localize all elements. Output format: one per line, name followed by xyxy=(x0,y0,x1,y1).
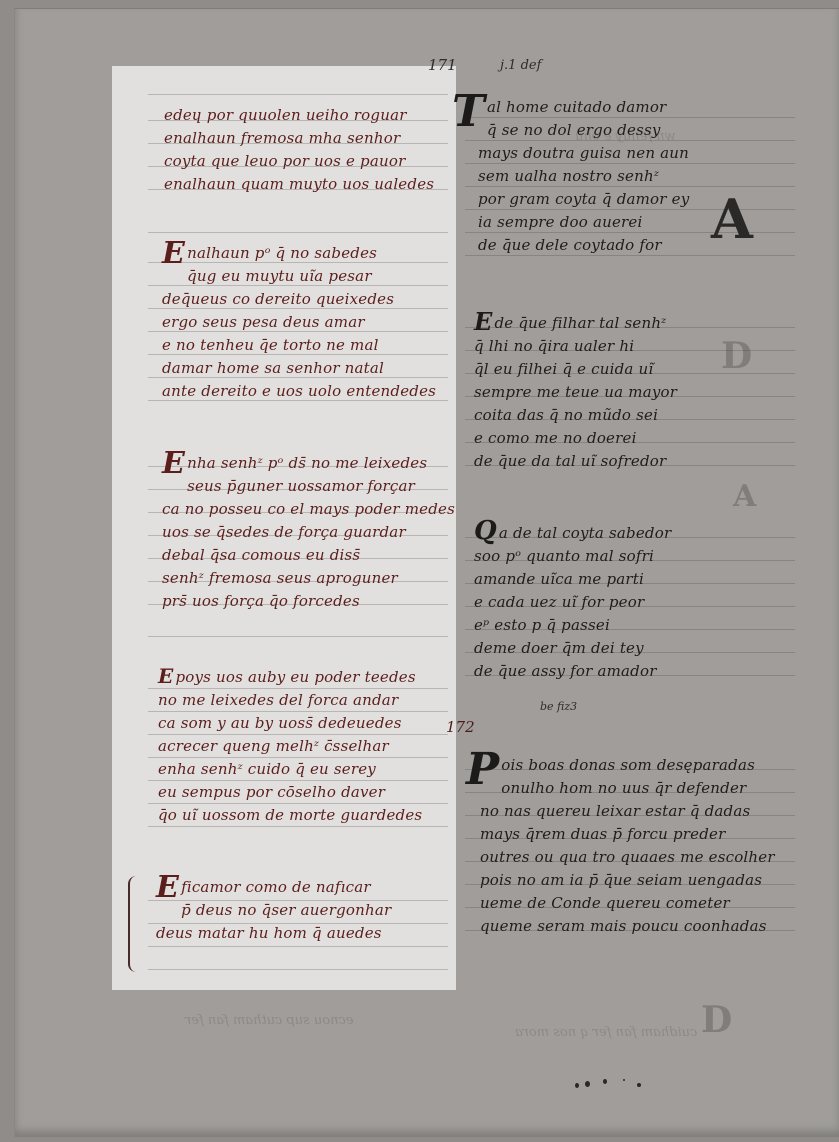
decorated-initial: E xyxy=(162,449,185,479)
left-stanza-3: Enha senhᶻ pᵒ ds̄ no me leixedes seus p̄… xyxy=(162,452,455,613)
verse-line: ficamor como de nafıcar xyxy=(181,878,371,896)
verse-line: eu sempus por cōselho daver xyxy=(158,781,422,804)
decorated-initial: E xyxy=(474,310,493,334)
right-stanza-1: Tal home cuitado damor q̄ se no dol ergo… xyxy=(452,96,689,257)
verse-line: pois no am ia p̄ q̄ue seiam uengadas xyxy=(466,869,775,892)
verse-line: nha senhᶻ pᵒ ds̄ no me leixedes xyxy=(187,454,427,472)
verse-line: queme seram mais poucu coonhadas xyxy=(466,915,775,938)
ruling-line xyxy=(148,636,448,637)
verse-line: p̄ deus no q̄ser auergonhar xyxy=(156,899,382,922)
margin-initial-d-faint-icon: D xyxy=(721,335,752,377)
show-through-text: ecnou sup cutham fan fer xyxy=(185,1013,353,1028)
verse-line: ueme de Conde quereu cometer xyxy=(466,892,775,915)
ruling-line xyxy=(148,232,448,233)
verse-line: sempre me teue ua mayor xyxy=(474,381,677,404)
verse-line: ois boas donas som desęparadas xyxy=(501,756,755,774)
show-through-text: cuidham fan fer q nos mora xyxy=(515,1025,697,1040)
verse-line: prs̄ uos força q̄o forcedes xyxy=(162,590,455,613)
verse-line: mays q̄rem duas p̄ forcu preder xyxy=(466,823,775,846)
verse-line: seus p̄guner uossamor forçar xyxy=(162,475,455,498)
verse-line: soo pᵒ quanto mal sofri xyxy=(474,545,671,568)
verse-line: ca no posseu co el mays poder medes xyxy=(162,498,455,521)
right-stanza-4: Pois boas donas som desęparadas onulho h… xyxy=(466,754,775,938)
decorated-initial: T xyxy=(452,90,485,134)
decorated-initial: E xyxy=(162,239,185,269)
left-stanza-1: edeɥ por quuolen ueiho roguar enalhaun f… xyxy=(164,104,434,196)
ruling-line xyxy=(148,94,448,95)
verse-line: por gram coyta q̄ damor ey xyxy=(452,188,689,211)
right-stanza-2: Ede q̄ue filhar tal senhᶻ q̄ lhi no q̄ir… xyxy=(474,312,677,473)
verse-line: al home cuitado damor xyxy=(487,98,666,116)
verse-line: enalhaun fremosa mha senhor xyxy=(164,127,434,150)
ruling-line xyxy=(148,969,448,970)
verse-line: no me leixedes del forca andar xyxy=(158,689,422,712)
verse-line: ca som y au by uoss̄ dedeuedes xyxy=(158,712,422,735)
folio-annotation-top: j.1 def xyxy=(500,58,541,73)
verse-line: uos se q̄sedes de força guardar xyxy=(162,521,455,544)
decorated-initial: E xyxy=(158,666,173,686)
verse-line: e cada uez uı̃ for peor xyxy=(474,591,671,614)
verse-line: de q̄ue assy for amador xyxy=(474,660,671,683)
verse-line: q̄l eu filhei q̄ e cuida uı̃ xyxy=(474,358,677,381)
ruling-line xyxy=(148,946,448,947)
verse-line: de q̄ue dele coytado for xyxy=(452,234,689,257)
left-stanza-5: Eficamor como de nafıcar p̄ deus no q̄se… xyxy=(156,876,382,945)
verse-line: e no tenheu q̄e torto ne mal xyxy=(162,334,436,357)
verse-line: q̄o uı̃ uossom de morte guardedes xyxy=(158,804,422,827)
verse-line: amande uı̃ca me parti xyxy=(474,568,671,591)
verse-line: q̄ se no dol ergo dessy xyxy=(452,119,689,142)
verse-line: ergo seus pesa deus amar xyxy=(162,311,436,334)
verse-line: senhᶻ fremosa seus aproguner xyxy=(162,567,455,590)
folio-number-mid: 172 xyxy=(446,718,475,736)
verse-line: enalhaun quam muyto uos ualedes xyxy=(164,173,434,196)
right-stanza-3: Qa de tal coyta sabedor soo pᵒ quanto ma… xyxy=(474,522,671,683)
margin-initial-a-icon: A xyxy=(711,187,753,251)
verse-line: ante dereito e uos uolo entendedes xyxy=(162,380,436,403)
verse-line: coita das q̄ no mũdo sei xyxy=(474,404,677,427)
verse-line: ia sempre doo auerei xyxy=(452,211,689,234)
left-stanza-2: Enalhaun pᵒ q̄ no sabedes q̄ug eu muytu … xyxy=(162,242,436,403)
verse-line: acrecer queng melhᶻ c̄sselhar xyxy=(158,735,422,758)
verse-line: coyta que leuo por uos e pauor xyxy=(164,150,434,173)
verse-line: debal q̄sa comous eu diss̄ xyxy=(162,544,455,567)
verse-line: q̄ug eu muytu uı̃a pesar xyxy=(162,265,436,288)
margin-initial-d-bottom-icon: D xyxy=(701,999,732,1041)
verse-line: deq̄ueus co dereito queixedes xyxy=(162,288,436,311)
folio-number-top: 171 xyxy=(428,56,457,74)
verse-line: enha senhᶻ cuido q̄ eu serey xyxy=(158,758,422,781)
margin-initial-a-faint-icon: A xyxy=(733,479,756,514)
verse-line: deme doer q̄m dei tey xyxy=(474,637,671,660)
verse-line: no nas quereu leixar estar q̄ dadas xyxy=(466,800,775,823)
verse-line: mays doutra guisa nen aun xyxy=(452,142,689,165)
verse-line: deus matar hu hom q̄ auedes xyxy=(156,922,382,945)
verse-line: a de tal coyta sabedor xyxy=(499,524,671,542)
verse-line: de q̄ue da tal uı̃ sofredor xyxy=(474,450,677,473)
verse-line: eᵖ esto p q̄ passei xyxy=(474,614,671,637)
decorated-initial: Q xyxy=(474,518,497,544)
verse-line: outres ou qua tro quaaes me escolher xyxy=(466,846,775,869)
decorated-initial: P xyxy=(466,748,499,792)
verse-line: damar home sa senhor natal xyxy=(162,357,436,380)
decorated-initial: E xyxy=(156,873,179,903)
verse-line: sem ualha nostro senhᶻ xyxy=(452,165,689,188)
verse-line: q̄ lhi no q̄ira ualer hi xyxy=(474,335,677,358)
folio-annotation-mid: be fiz3 xyxy=(540,700,577,713)
margin-bracket xyxy=(128,876,140,972)
verse-line: e como me no doerei xyxy=(474,427,677,450)
verse-line: poys uos auby eu poder teedes xyxy=(175,668,415,686)
verse-line: onulho hom no uus q̄r defender xyxy=(466,777,775,800)
verse-line: nalhaun pᵒ q̄ no sabedes xyxy=(187,244,377,262)
verse-line: de q̄ue filhar tal senhᶻ xyxy=(495,314,667,332)
verse-line: edeɥ por quuolen ueiho roguar xyxy=(164,104,434,127)
left-stanza-4: Epoys uos auby eu poder teedes no me lei… xyxy=(158,666,422,827)
